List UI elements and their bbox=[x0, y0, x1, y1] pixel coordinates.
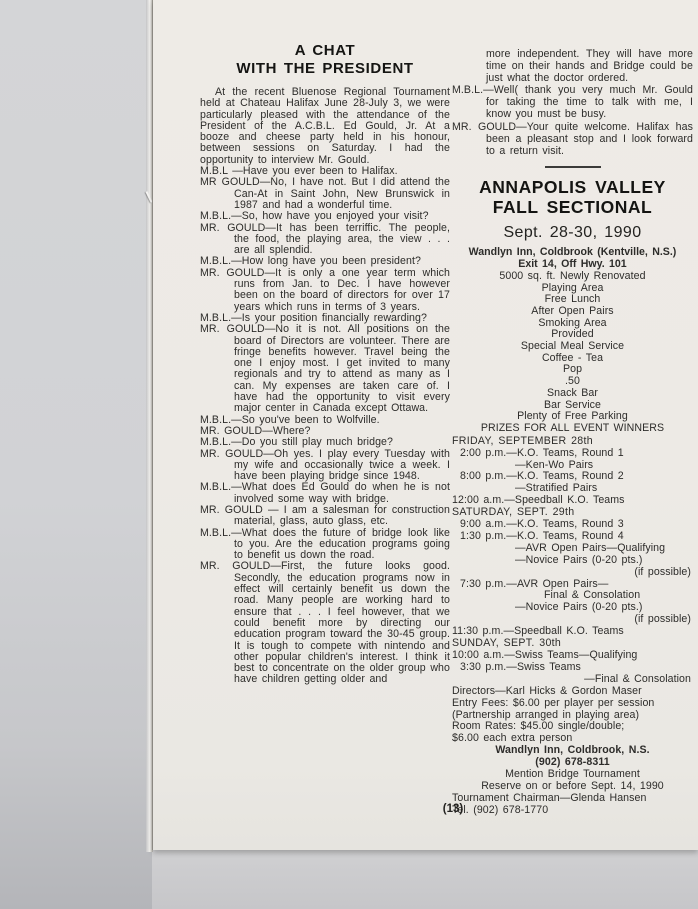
article-title: A CHAT WITH THE PRESIDENT bbox=[200, 42, 450, 78]
article-title-line1: A CHAT bbox=[200, 42, 450, 60]
newsletter-page: A CHAT WITH THE PRESIDENT At the recent … bbox=[153, 0, 698, 850]
intro-paragraph: At the recent Bluenose Regional Tourname… bbox=[200, 87, 450, 166]
venue-line1: Wandlyn Inn, Coldbrook (Kentville, N.S.) bbox=[452, 246, 693, 258]
venue-address: Wandlyn Inn, Coldbrook (Kentville, N.S.)… bbox=[452, 246, 693, 270]
sectional-date: Sept. 28-30, 1990 bbox=[452, 223, 693, 242]
dialog-paragraph: MR. GOULD — I am a salesman for construc… bbox=[200, 505, 450, 528]
amenity-line: Snack Bar bbox=[452, 388, 693, 400]
schedule-line: —AVR Open Pairs—Qualifying bbox=[452, 543, 693, 555]
amenity-line: Special Meal Service bbox=[452, 341, 693, 353]
detail-line: Entry Fees: $6.00 per player per session bbox=[452, 698, 693, 710]
facing-page-surface bbox=[0, 0, 152, 909]
schedule-line: —Novice Pairs (0-20 pts.) bbox=[452, 555, 693, 567]
schedule-line: FRIDAY, SEPTEMBER 28th bbox=[452, 436, 693, 448]
right-column: more independent. They will have more ti… bbox=[452, 48, 693, 817]
amenity-line: PRIZES FOR ALL EVENT WINNERS bbox=[452, 423, 693, 435]
dialog-paragraph: MR GOULD—No, I have not. But I did atten… bbox=[200, 177, 450, 211]
dialog-paragraph: M.B.L.—Do you still play much bridge? bbox=[200, 437, 450, 448]
sectional-title-line2: FALL SECTIONAL bbox=[452, 197, 693, 218]
event-details: Directors—Karl Hicks & Gordon Maser Entr… bbox=[452, 686, 693, 817]
article-title-line2: WITH THE PRESIDENT bbox=[200, 60, 450, 78]
article-intro: At the recent Bluenose Regional Tourname… bbox=[200, 87, 450, 166]
dialog-paragraph: MR. GOULD—Your quite welcome. Halifax ha… bbox=[452, 121, 693, 157]
sectional-title-line1: ANNAPOLIS VALLEY bbox=[452, 177, 693, 198]
dialog-paragraph: M.B.L.—What does the future of bridge lo… bbox=[200, 528, 450, 562]
detail-line: Directors—Karl Hicks & Gordon Maser bbox=[452, 686, 693, 698]
event-schedule: FRIDAY, SEPTEMBER 28th 2:00 p.m.—K.O. Te… bbox=[452, 436, 693, 686]
section-divider bbox=[545, 166, 601, 168]
dialog-paragraph: MR. GOULD—Oh yes. I play every Tuesday w… bbox=[200, 449, 450, 483]
dialog-paragraph: MR. GOULD—It is only a one year term whi… bbox=[200, 268, 450, 313]
page-spine-edge bbox=[146, 0, 153, 852]
amenity-line: 5000 sq. ft. Newly Renovated bbox=[452, 271, 693, 283]
sectional-title: ANNAPOLIS VALLEY FALL SECTIONAL bbox=[452, 177, 693, 218]
dialog-continuation: more independent. They will have more ti… bbox=[452, 48, 693, 84]
amenities-list: 5000 sq. ft. Newly Renovated Playing Are… bbox=[452, 271, 693, 435]
left-column: A CHAT WITH THE PRESIDENT At the recent … bbox=[200, 42, 450, 686]
interview-dialog-left: M.B.L —Have you ever been to Halifax. MR… bbox=[200, 166, 450, 686]
dialog-paragraph: M.B.L.—What does Ed Gould do when he is … bbox=[200, 482, 450, 505]
dialog-paragraph: MR. GOULD—First, the future looks good. … bbox=[200, 561, 450, 685]
schedule-line: (if possible) bbox=[452, 567, 693, 579]
page-number: (13) bbox=[408, 803, 498, 815]
dialog-paragraph: MR. GOULD—It has been terriffic. The peo… bbox=[200, 223, 450, 257]
schedule-line: —Final & Consolation bbox=[452, 674, 693, 686]
schedule-line: 2:00 p.m.—K.O. Teams, Round 1 bbox=[452, 448, 693, 460]
dialog-paragraph: M.B.L.—Well( thank you very much Mr. Gou… bbox=[452, 84, 693, 120]
dialog-paragraph: MR. GOULD—No it is not. All positions on… bbox=[200, 324, 450, 414]
dialog-paragraph: M.B.L.—So, how have you enjoyed your vis… bbox=[200, 211, 450, 222]
interview-dialog-right: M.B.L.—Well( thank you very much Mr. Gou… bbox=[452, 84, 693, 157]
scanned-newsletter-page: A CHAT WITH THE PRESIDENT At the recent … bbox=[0, 0, 698, 909]
amenity-line: After Open Pairs bbox=[452, 306, 693, 318]
venue-line2: Exit 14, Off Hwy. 101 bbox=[452, 258, 693, 270]
